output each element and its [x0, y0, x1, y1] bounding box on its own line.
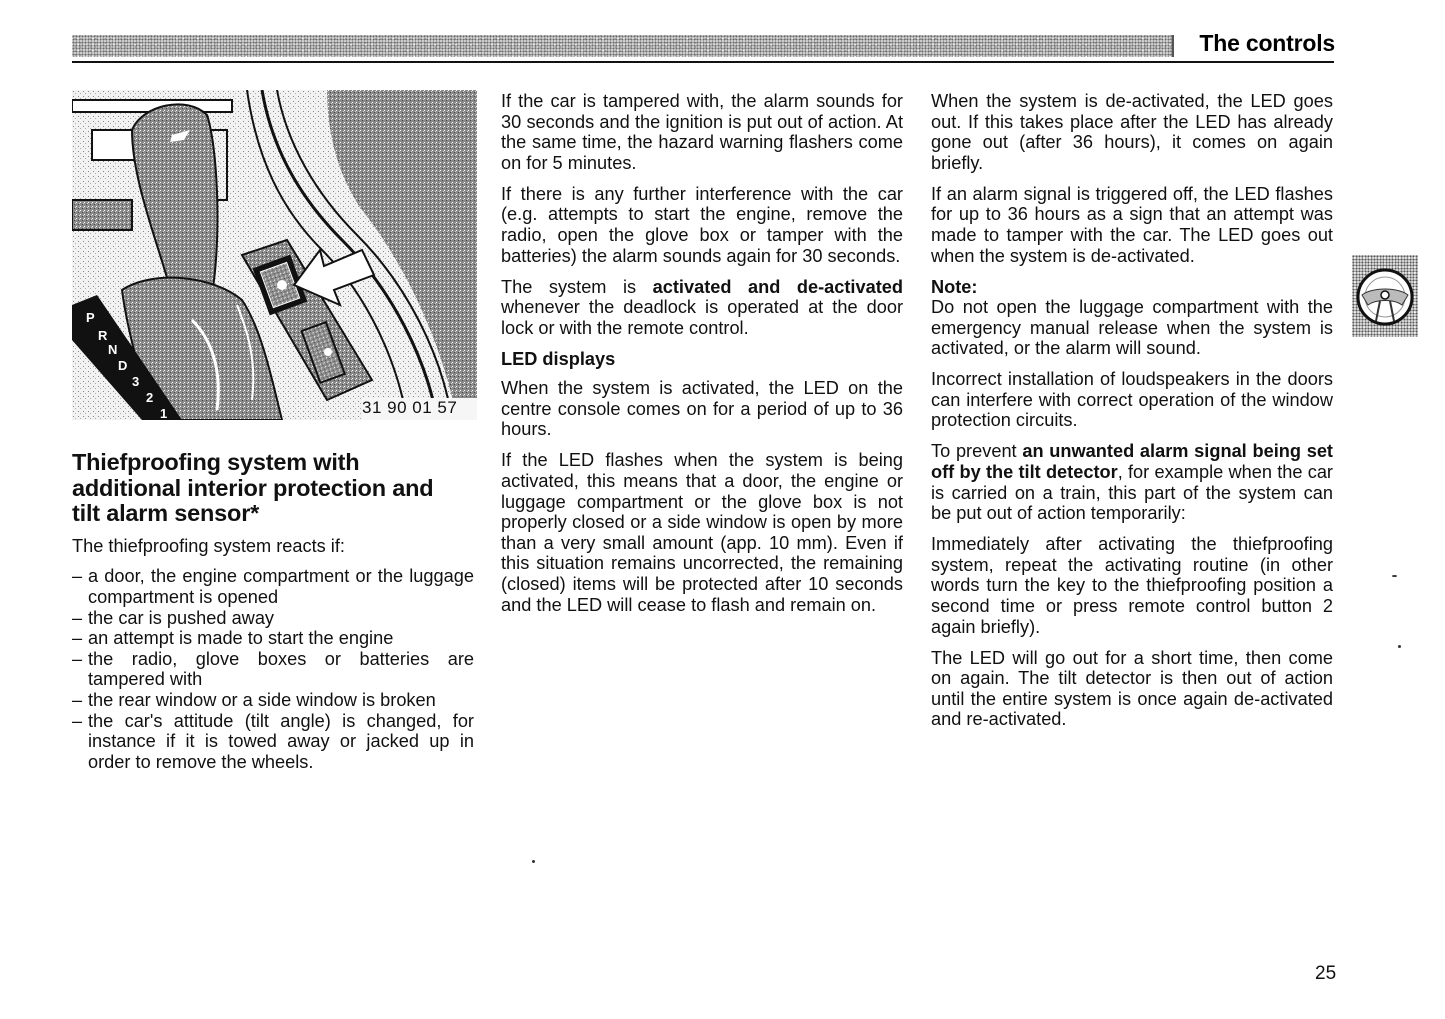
header-rule	[72, 61, 1334, 63]
steering-wheel-icon	[1352, 255, 1418, 337]
paragraph-led-flashes: If the LED flashes when the system is be…	[501, 450, 903, 615]
subheading-led-displays: LED displays	[501, 349, 903, 370]
section-title: Thiefproofing system with additional int…	[72, 450, 474, 527]
scan-speck	[1392, 575, 1397, 577]
list-item: the radio, glove boxes or batteries are …	[72, 649, 474, 690]
gear-label-2: 2	[146, 390, 153, 405]
column-middle: If the car is tampered with, the alarm s…	[501, 91, 903, 626]
chapter-tab	[1352, 255, 1418, 337]
list-item: the car is pushed away	[72, 608, 474, 629]
gear-label-3: 3	[132, 374, 139, 389]
paragraph-tilt-detector: To prevent an unwanted alarm signal bein…	[931, 441, 1333, 523]
note-text: Do not open the luggage compartment with…	[931, 297, 1333, 359]
list-item: the car's attitude (tilt angle) is chang…	[72, 711, 474, 773]
paragraph-loudspeakers: Incorrect installation of loudspeakers i…	[931, 369, 1333, 431]
gear-label-p: P	[86, 310, 95, 325]
paragraph-deactivated: When the system is de-activated, the LED…	[931, 91, 1333, 173]
emphasis-activated: activated and de-activated	[653, 277, 903, 297]
list-item: an attempt is made to start the engine	[72, 628, 474, 649]
scan-speck	[1398, 645, 1401, 648]
list-item: a door, the engine compartment or the lu…	[72, 566, 474, 607]
paragraph-further-interference: If there is any further interference wit…	[501, 184, 903, 266]
gear-label-1: 1	[160, 406, 167, 420]
paragraph-repeat-activation: Immediately after activating the thiefpr…	[931, 534, 1333, 637]
gear-label-r: R	[98, 328, 108, 343]
gear-selector-illustration: P R N D 3 2 1 31 90 01 57	[72, 90, 477, 420]
trigger-conditions-list: a door, the engine compartment or the lu…	[72, 566, 474, 772]
section-title-line-1: Thiefproofing system with	[72, 450, 474, 476]
gear-label-d: D	[118, 358, 127, 373]
paragraph-alarm-sounds: If the car is tampered with, the alarm s…	[501, 91, 903, 173]
gear-label-n: N	[108, 342, 117, 357]
column-left: Thiefproofing system with additional int…	[72, 450, 474, 772]
figure-reference-code: 31 90 01 57	[362, 398, 457, 418]
list-intro: The thiefproofing system reacts if:	[72, 536, 474, 557]
paragraph-led-on: When the system is activated, the LED on…	[501, 378, 903, 440]
section-title-line-3: tilt alarm sensor*	[72, 501, 474, 527]
chapter-title: The controls	[1199, 30, 1335, 57]
note-label: Note:	[931, 277, 1333, 298]
section-title-line-2: additional interior protection and	[72, 476, 474, 502]
paragraph-led-short-out: The LED will go out for a short time, th…	[931, 648, 1333, 730]
list-item: the rear window or a side window is brok…	[72, 690, 474, 711]
column-right: When the system is de-activated, the LED…	[931, 91, 1333, 740]
page-number: 25	[1315, 963, 1336, 985]
header-decorative-band	[72, 35, 1174, 57]
paragraph-activation: The system is activated and de-activated…	[501, 277, 903, 339]
scan-speck	[532, 860, 535, 863]
paragraph-alarm-triggered: If an alarm signal is triggered off, the…	[931, 184, 1333, 266]
